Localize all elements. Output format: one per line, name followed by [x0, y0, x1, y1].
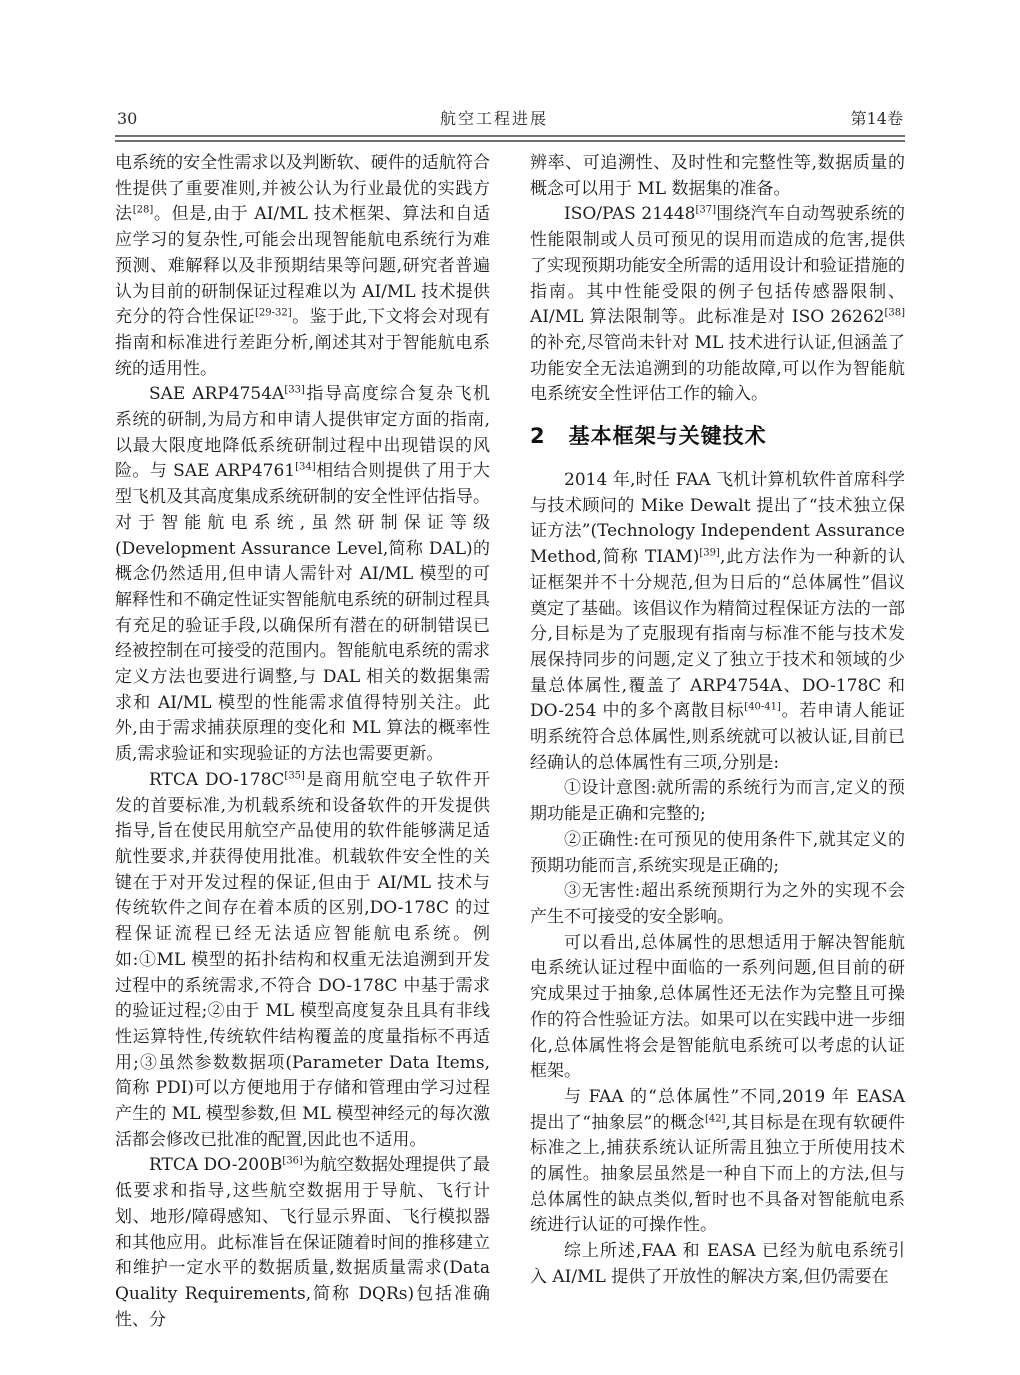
- citation-ref: [40-41]: [744, 702, 781, 713]
- paragraph: 与 FAA 的“总体属性”不同,2019 年 EASA 提出了“抽象层”的概念[…: [530, 1085, 905, 1239]
- right-column: 辨率、可追溯性、及时性和完整性等,数据质量的概念可以用于 ML 数据集的准备。I…: [530, 151, 905, 1333]
- citation-ref: [28]: [133, 205, 154, 216]
- paragraph: 辨率、可追溯性、及时性和完整性等,数据质量的概念可以用于 ML 数据集的准备。: [530, 151, 905, 202]
- journal-title: 航空工程进展: [440, 110, 548, 128]
- section-number: 2: [530, 423, 545, 449]
- left-column: 电系统的安全性需求以及判断软、硬件的适航符合性提供了重要准则,并被公认为行业最优…: [115, 151, 490, 1333]
- citation-ref: [34]: [295, 462, 316, 473]
- citation-ref: [36]: [282, 1156, 303, 1167]
- citation-ref: [33]: [284, 385, 305, 396]
- header-rule: [115, 135, 905, 142]
- paragraph: RTCA DO-178C[35]是商用航空电子软件开发的首要标准,为机载系统和设…: [115, 768, 490, 1154]
- citation-ref: [39]: [699, 547, 720, 558]
- paragraph: SAE ARP4754A[33]指导高度综合复杂飞机系统的研制,为局方和申请人提…: [115, 382, 490, 768]
- citation-ref: [42]: [705, 1113, 726, 1124]
- volume-label: 第14卷: [851, 110, 903, 128]
- paragraph: ①设计意图:就所需的系统行为而言,定义的预期功能是正确和完整的;: [530, 776, 905, 827]
- section-heading: 2基本框架与关键技术: [530, 423, 905, 449]
- paragraph: ③无害性:超出系统预期行为之外的实现不会产生不可接受的安全影响。: [530, 879, 905, 930]
- section-title: 基本框架与关键技术: [569, 423, 767, 449]
- citation-ref: [35]: [284, 770, 305, 781]
- paragraph: RTCA DO-200B[36]为航空数据处理提供了最低要求和指导,这些航空数据…: [115, 1153, 490, 1333]
- paragraph: 2014 年,时任 FAA 飞机计算机软件首席科学与技术顾问的 Mike Dew…: [530, 468, 905, 776]
- paragraph: ②正确性:在可预见的使用条件下,就其定义的预期功能而言,系统实现是正确的;: [530, 828, 905, 879]
- paragraph: 综上所述,FAA 和 EASA 已经为航电系统引入 AI/ML 提供了开放性的解…: [530, 1239, 905, 1290]
- paragraph: ISO/PAS 21448[37]围绕汽车自动驾驶系统的性能限制或人员可预见的误…: [530, 202, 905, 408]
- paragraph: 可以看出,总体属性的思想适用于解决智能航电系统认证过程中面临的一系列问题,但目前…: [530, 931, 905, 1085]
- paper-page: 30 航空工程进展 第14卷 电系统的安全性需求以及判断软、硬件的适航符合性提供…: [0, 0, 1020, 1375]
- paragraph: 电系统的安全性需求以及判断软、硬件的适航符合性提供了重要准则,并被公认为行业最优…: [115, 151, 490, 382]
- page-number: 30: [117, 110, 137, 128]
- citation-ref: [29-32]: [255, 308, 292, 319]
- page-header: 30 航空工程进展 第14卷: [115, 110, 905, 135]
- article-body: 电系统的安全性需求以及判断软、硬件的适航符合性提供了重要准则,并被公认为行业最优…: [115, 151, 905, 1333]
- citation-ref: [38]: [884, 308, 905, 319]
- citation-ref: [37]: [696, 205, 717, 216]
